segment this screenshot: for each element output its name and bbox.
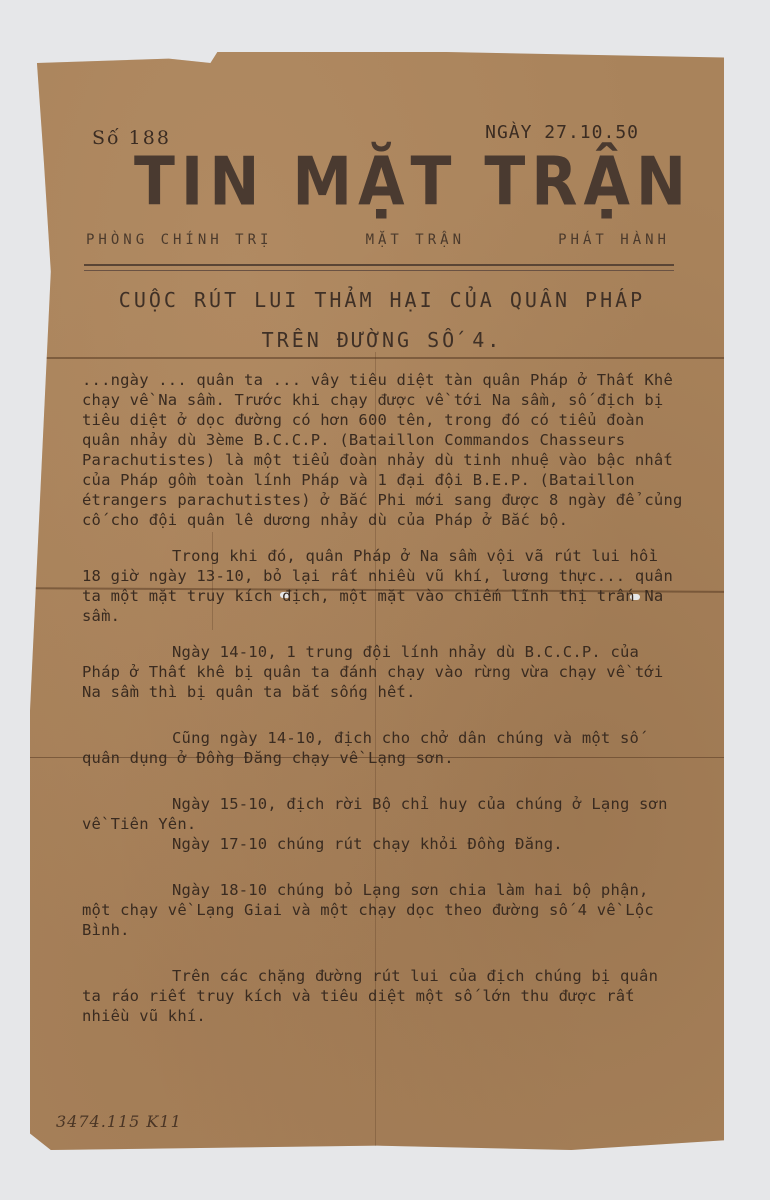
paragraph: Ngày 15-10, địch rời Bộ chỉ huy của chún… [82, 794, 684, 834]
article-body: ...ngày ... quân ta ... vây tiêu diệt tà… [82, 370, 684, 1042]
issue-date: NGÀY 27.10.50 [485, 122, 639, 143]
paragraph: Ngày 17-10 chúng rút chạy khỏi Đồng Đăng… [82, 834, 684, 854]
paragraph: Cũng ngày 14-10, địch cho chở dân chúng … [82, 728, 684, 768]
headline-line: CUỘC RÚT LUI THẢM HẠI CỦA QUÂN PHÁP [70, 280, 694, 320]
publisher-part: PHÒNG CHÍNH TRỊ [86, 232, 272, 248]
paragraph: ...ngày ... quân ta ... vây tiêu diệt tà… [82, 370, 684, 530]
divider-rule [84, 264, 674, 266]
paragraph: Ngày 14-10, 1 trung đội lính nhảy dù B.C… [82, 642, 684, 702]
divider-rule [84, 270, 674, 271]
handwritten-catalog-number: 3474.115 K11 [56, 1112, 182, 1131]
masthead-title: TIN MẶT TRẬN [134, 143, 624, 221]
article-headline: CUỘC RÚT LUI THẢM HẠI CỦA QUÂN PHÁP TRÊN… [70, 280, 694, 360]
paragraph: Ngày 18-10 chúng bỏ Lạng sơn chia làm ha… [82, 880, 684, 940]
publisher-part: PHÁT HÀNH [558, 232, 670, 248]
paragraph: Trong khi đó, quân Pháp ở Na sầm vội vã … [82, 546, 684, 626]
headline-line: TRÊN ĐƯỜNG SỐ 4. [70, 320, 694, 360]
newspaper-sheet: Số 188 NGÀY 27.10.50 TIN MẶT TRẬN PHÒNG … [30, 52, 724, 1150]
paragraph: Trên các chặng đường rút lui của địch ch… [82, 966, 684, 1026]
publisher-part: MẶT TRẬN [366, 232, 465, 248]
publisher-line: PHÒNG CHÍNH TRỊ MẶT TRẬN PHÁT HÀNH [86, 232, 670, 248]
